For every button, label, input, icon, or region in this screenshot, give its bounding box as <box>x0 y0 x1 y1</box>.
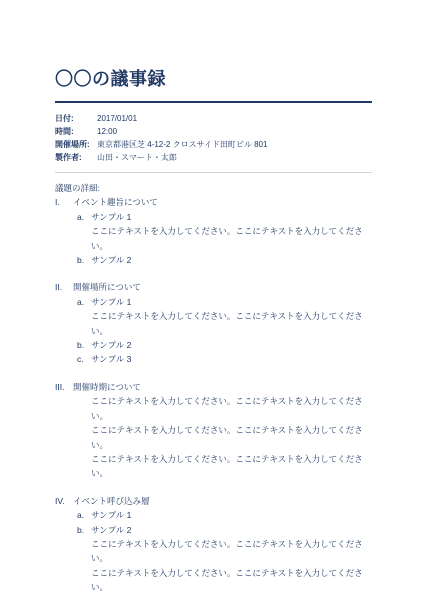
list-item: a. サンプル 1 <box>55 210 372 224</box>
body-text: ここにテキストを入力してください。ここにテキストを入力してください。 <box>55 537 372 566</box>
document-page: 〇〇の議事録 日付: 2017/01/01 時間: 12:00 開催場所: 東京… <box>0 0 424 595</box>
list-item: a. サンプル 1 <box>55 508 372 522</box>
item-marker: a. <box>77 508 91 522</box>
item-label: サンプル 2 <box>91 338 131 352</box>
agenda-section-2: II. 開催場所について a. サンプル 1 ここにテキストを入力してください。… <box>55 280 372 366</box>
section-numeral: III. <box>55 380 73 394</box>
list-item: b. サンプル 2 <box>55 253 372 267</box>
meta-value-time: 12:00 <box>97 125 117 138</box>
item-label: サンプル 3 <box>91 352 131 366</box>
body-text: ここにテキストを入力してください。ここにテキストを入力してください。 <box>55 224 372 253</box>
meta-value-location: 東京都港区芝 4-12-2 クロスサイド田町ビル 801 <box>97 138 267 151</box>
section-title: 開催時期について <box>73 380 372 394</box>
meta-row-time: 時間: 12:00 <box>55 125 372 138</box>
section-heading: IV. イベント呼び込み層 <box>55 494 372 508</box>
section-heading: I. イベント趣旨について <box>55 195 372 209</box>
item-label: サンプル 1 <box>91 210 131 224</box>
section-numeral: IV. <box>55 494 73 508</box>
meta-row-date: 日付: 2017/01/01 <box>55 112 372 125</box>
body-text: ここにテキストを入力してください。ここにテキストを入力してください。 <box>55 452 372 481</box>
agenda-heading: 議題の詳細: <box>55 181 372 195</box>
meta-label-author: 製作者: <box>55 151 97 164</box>
agenda-section-3: III. 開催時期について ここにテキストを入力してください。ここにテキストを入… <box>55 380 372 481</box>
section-heading: II. 開催場所について <box>55 280 372 294</box>
meta-label-date: 日付: <box>55 112 97 125</box>
agenda-block: 議題の詳細: I. イベント趣旨について a. サンプル 1 ここにテキストを入… <box>55 181 372 595</box>
item-marker: b. <box>77 523 91 537</box>
item-label: サンプル 1 <box>91 508 131 522</box>
meta-block: 日付: 2017/01/01 時間: 12:00 開催場所: 東京都港区芝 4-… <box>55 112 372 164</box>
item-marker: a. <box>77 295 91 309</box>
page-title: 〇〇の議事録 <box>55 66 372 92</box>
body-text: ここにテキストを入力してください。ここにテキストを入力してください。 <box>55 309 372 338</box>
item-label: サンプル 1 <box>91 295 131 309</box>
section-numeral: II. <box>55 280 73 294</box>
item-label: サンプル 2 <box>91 523 131 537</box>
meta-value-date: 2017/01/01 <box>97 112 137 125</box>
item-marker: b. <box>77 253 91 267</box>
meta-row-author: 製作者: 山田・スマート・太郎 <box>55 151 372 164</box>
section-numeral: I. <box>55 195 73 209</box>
meta-value-author: 山田・スマート・太郎 <box>97 151 177 164</box>
section-heading: III. 開催時期について <box>55 380 372 394</box>
item-marker: c. <box>77 352 91 366</box>
section-title: イベント趣旨について <box>73 195 372 209</box>
body-text: ここにテキストを入力してください。ここにテキストを入力してください。 <box>55 566 372 595</box>
agenda-section-4: IV. イベント呼び込み層 a. サンプル 1 b. サンプル 2 ここにテキス… <box>55 494 372 595</box>
meta-row-location: 開催場所: 東京都港区芝 4-12-2 クロスサイド田町ビル 801 <box>55 138 372 151</box>
list-item: c. サンプル 3 <box>55 352 372 366</box>
meta-label-location: 開催場所: <box>55 138 97 151</box>
body-text: ここにテキストを入力してください。ここにテキストを入力してください。 <box>55 394 372 423</box>
section-title: 開催場所について <box>73 280 372 294</box>
list-item: b. サンプル 2 <box>55 523 372 537</box>
body-text: ここにテキストを入力してください。ここにテキストを入力してください。 <box>55 423 372 452</box>
item-marker: b. <box>77 338 91 352</box>
item-label: サンプル 2 <box>91 253 131 267</box>
meta-label-time: 時間: <box>55 125 97 138</box>
title-rule <box>55 101 372 103</box>
item-marker: a. <box>77 210 91 224</box>
section-title: イベント呼び込み層 <box>73 494 372 508</box>
section-divider <box>55 172 372 173</box>
agenda-section-1: I. イベント趣旨について a. サンプル 1 ここにテキストを入力してください… <box>55 195 372 267</box>
list-item: b. サンプル 2 <box>55 338 372 352</box>
list-item: a. サンプル 1 <box>55 295 372 309</box>
